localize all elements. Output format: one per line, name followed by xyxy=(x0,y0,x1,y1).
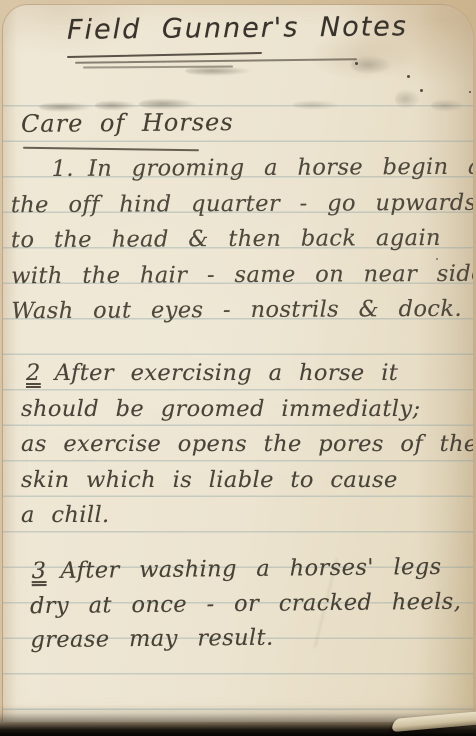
handwritten-line: skin which is liable to cause xyxy=(8,463,471,499)
pencil-smudge xyxy=(293,100,341,110)
handwritten-line: Wash out eyes - nostrils & dock. xyxy=(8,292,471,330)
handwritten-line: 1.In grooming a horse begin at xyxy=(8,150,471,188)
handwritten-line: should be groomed immediatly; xyxy=(8,392,471,428)
pencil-smudge xyxy=(351,55,393,75)
pencil-smudge xyxy=(185,66,253,76)
paragraph-grooming: 1.In grooming a horse begin at the off h… xyxy=(8,150,472,330)
pencil-smudge xyxy=(395,89,421,109)
notebook-scan: Field Gunner's Notes Care of Horses 1.In… xyxy=(0,0,476,736)
title-underline xyxy=(75,58,357,63)
handwritten-line: the off hind quarter - go upwards xyxy=(8,185,471,223)
handwritten-line: dry at once - or cracked heels, or xyxy=(8,584,471,623)
ink-speck xyxy=(355,62,358,65)
title-underline xyxy=(67,52,262,58)
handwritten-line: with the hair - same on near side xyxy=(8,256,471,294)
page-title: Field Gunner's Notes xyxy=(67,11,408,46)
paragraph-number: 1. xyxy=(52,152,74,188)
paragraph-exercising: 2After exercising a horse it should be g… xyxy=(8,356,471,534)
section-underline xyxy=(23,147,199,151)
handwritten-text: After washing a horses' legs xyxy=(60,554,441,584)
paragraph-number: 2 xyxy=(26,356,41,392)
handwritten-line: as exercise opens the pores of the xyxy=(8,427,471,463)
ink-speck xyxy=(469,91,471,93)
handwritten-line: to the head & then back again xyxy=(8,221,471,259)
pencil-smudge xyxy=(431,99,465,112)
handwritten-text: After exercising a horse it xyxy=(55,360,399,386)
handwritten-text: In grooming a horse begin at xyxy=(88,154,474,182)
title-underline xyxy=(83,65,233,68)
handwritten-line: a chill. xyxy=(8,498,471,534)
paragraph-number: 3 xyxy=(31,554,46,589)
handwritten-line: 2After exercising a horse it xyxy=(8,356,471,392)
section-heading: Care of Horses xyxy=(21,108,234,138)
paragraph-washing: 3After washing a horses' legs dry at onc… xyxy=(7,550,471,658)
ink-speck xyxy=(420,89,423,92)
notebook-page: Field Gunner's Notes Care of Horses 1.In… xyxy=(2,4,474,722)
handwritten-line: 3After washing a horses' legs xyxy=(7,550,470,589)
handwritten-line: grease may result. xyxy=(8,619,471,658)
ink-speck xyxy=(407,75,410,78)
